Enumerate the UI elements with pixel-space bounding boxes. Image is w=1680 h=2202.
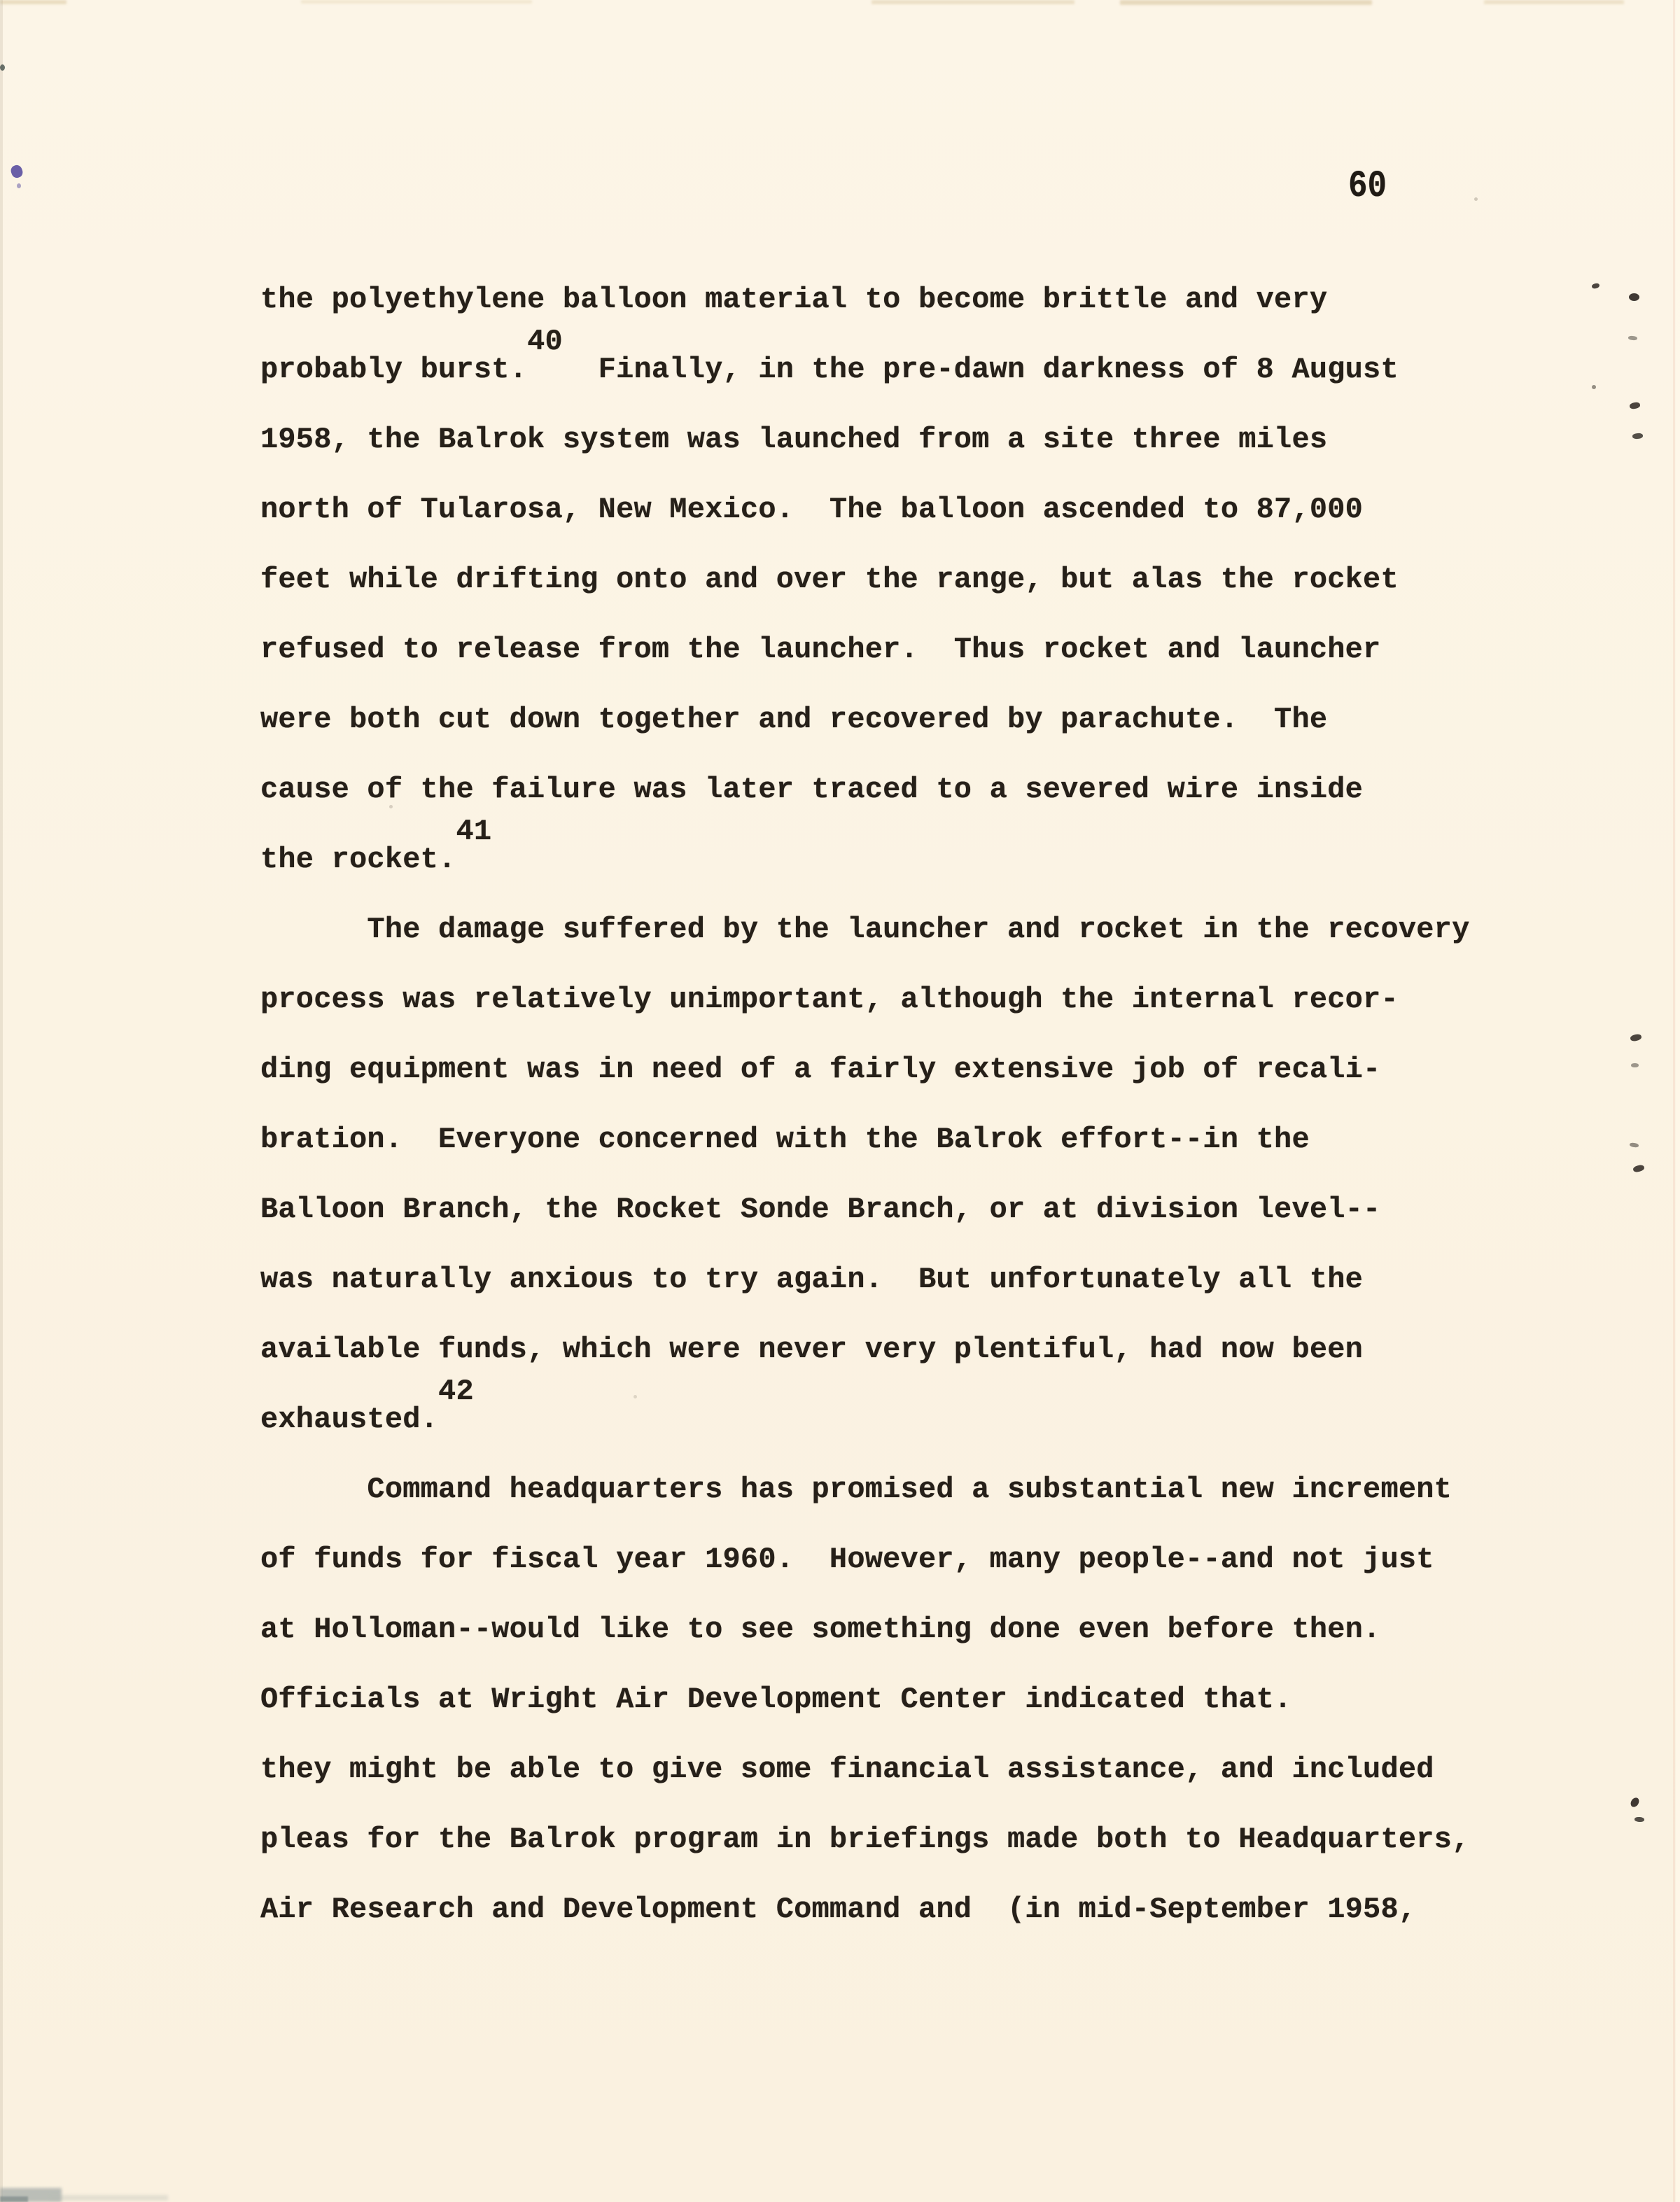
purple-pen-dot: [17, 183, 21, 188]
line-text: they might be able to give some financia…: [260, 1753, 1434, 1786]
text-line: available funds, which were never very p…: [260, 1314, 1469, 1384]
text-line: feet while drifting onto and over the ra…: [260, 545, 1469, 615]
scan-edge-smudge: [871, 0, 1074, 4]
scan-edge-smudge: [1484, 0, 1624, 4]
footnote-ref: 40: [527, 325, 563, 358]
line-text: pleas for the Balrok program in briefing…: [260, 1823, 1469, 1856]
line-text: probably burst.: [260, 353, 527, 386]
text-line: was naturally anxious to try again. But …: [260, 1244, 1469, 1314]
ink-speck: [1634, 1817, 1644, 1823]
text-line: ding equipment was in need of a fairly e…: [260, 1035, 1469, 1104]
right-edge-highlight: [1676, 0, 1680, 2202]
text-line: Air Research and Development Command and…: [260, 1874, 1469, 1944]
text-line: Balloon Branch, the Rocket Sonde Branch,…: [260, 1174, 1469, 1244]
line-text: bration. Everyone concerned with the Bal…: [260, 1123, 1310, 1156]
line-text: Air Research and Development Command and…: [260, 1893, 1416, 1926]
text-line: bration. Everyone concerned with the Bal…: [260, 1104, 1469, 1174]
line-text: cause of the failure was later traced to…: [260, 773, 1363, 806]
line-text: process was relatively unimportant, alth…: [260, 983, 1399, 1016]
text-line: probably burst.40 Finally, in the pre-da…: [260, 335, 1469, 405]
line-text: 1958, the Balrok system was launched fro…: [260, 423, 1327, 456]
line-text: feet while drifting onto and over the ra…: [260, 563, 1399, 596]
text-line: pleas for the Balrok program in briefing…: [260, 1804, 1469, 1874]
ink-speck: [1630, 1797, 1639, 1808]
line-text: Finally, in the pre-dawn darkness of 8 A…: [563, 353, 1399, 386]
line-text: of funds for fiscal year 1960. However, …: [260, 1543, 1434, 1576]
footnote-ref: 41: [456, 815, 491, 848]
scan-edge-smudge: [0, 0, 66, 4]
text-line: the polyethylene balloon material to bec…: [260, 265, 1469, 335]
line-text: the rocket.: [260, 843, 456, 876]
scan-edge-smudge: [301, 0, 532, 3]
document-page: 60 the polyethylene balloon material to …: [0, 0, 1680, 2202]
line-text: Balloon Branch, the Rocket Sonde Branch,…: [260, 1193, 1380, 1226]
line-text: was naturally anxious to try again. But …: [260, 1263, 1363, 1296]
line-text: available funds, which were never very p…: [260, 1333, 1363, 1366]
bottom-corner-smudge: [49, 2195, 168, 2201]
text-line: The damage suffered by the launcher and …: [260, 895, 1469, 965]
ink-speck: [1591, 283, 1599, 290]
line-text: Command headquarters has promised a subs…: [260, 1473, 1452, 1506]
line-text: north of Tularosa, New Mexico. The ballo…: [260, 493, 1363, 526]
text-line: process was relatively unimportant, alth…: [260, 965, 1469, 1035]
scan-edge-smudge: [1120, 0, 1372, 5]
text-line: were both cut down together and recovere…: [260, 685, 1469, 755]
text-line: they might be able to give some financia…: [260, 1734, 1469, 1804]
bottom-corner-smudge: [0, 2188, 62, 2202]
line-text: refused to release from the launcher. Th…: [260, 633, 1380, 666]
bottom-corner-smudge: [0, 2196, 28, 2202]
ink-speck: [1630, 1142, 1639, 1148]
text-line: Officials at Wright Air Development Cent…: [260, 1664, 1469, 1734]
purple-pen-mark: [9, 164, 24, 179]
ink-speck: [1630, 1033, 1642, 1042]
text-line: the rocket.41: [260, 825, 1469, 895]
footnote-ref: 42: [438, 1375, 474, 1408]
ink-speck: [1632, 433, 1644, 439]
text-line: at Holloman--would like to see something…: [260, 1594, 1469, 1664]
ink-speck: [1592, 385, 1596, 389]
line-text: Officials at Wright Air Development Cent…: [260, 1683, 1291, 1716]
line-text: were both cut down together and recovere…: [260, 703, 1327, 736]
faint-speck: [1474, 197, 1478, 201]
line-text: at Holloman--would like to see something…: [260, 1613, 1380, 1646]
ink-speck: [1629, 293, 1639, 301]
line-text: the polyethylene balloon material to bec…: [260, 283, 1327, 316]
ink-speck: [0, 64, 5, 71]
text-line: refused to release from the launcher. Th…: [260, 615, 1469, 685]
text-line: Command headquarters has promised a subs…: [260, 1454, 1469, 1524]
left-edge-shade: [0, 0, 3, 2202]
ink-speck: [1632, 1164, 1645, 1173]
text-line: 1958, the Balrok system was launched fro…: [260, 405, 1469, 475]
ink-speck: [1629, 402, 1640, 409]
ink-speck: [1631, 1063, 1639, 1067]
right-edge-tint: [1673, 0, 1675, 2202]
line-text: exhausted.: [260, 1403, 438, 1436]
text-line: exhausted.42: [260, 1384, 1469, 1454]
line-text: ding equipment was in need of a fairly e…: [260, 1053, 1380, 1086]
ink-speck: [1628, 335, 1637, 340]
text-line: of funds for fiscal year 1960. However, …: [260, 1524, 1469, 1594]
document-text: the polyethylene balloon material to bec…: [260, 265, 1469, 1944]
page-number: 60: [1348, 165, 1387, 208]
text-line: cause of the failure was later traced to…: [260, 755, 1469, 825]
line-text: The damage suffered by the launcher and …: [260, 913, 1469, 946]
text-line: north of Tularosa, New Mexico. The ballo…: [260, 475, 1469, 545]
